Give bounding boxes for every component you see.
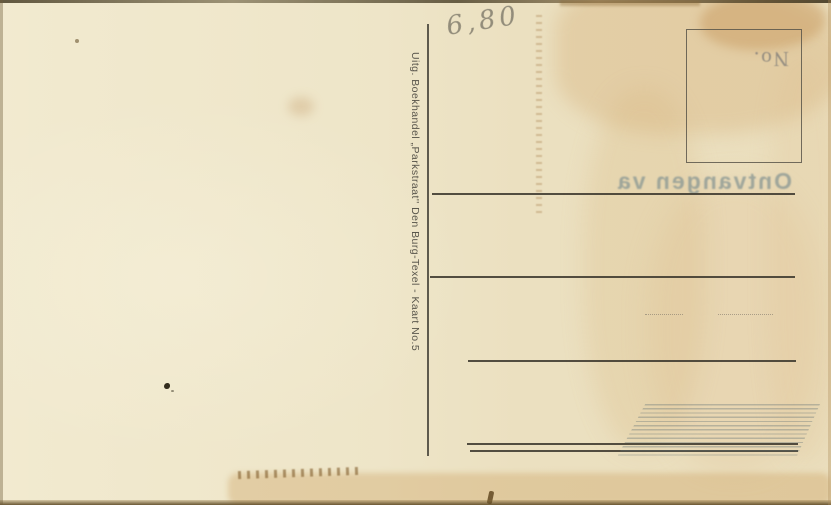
received-stamp-mirrored: Ontvangen va bbox=[552, 167, 792, 195]
card-edge-top-shadow bbox=[560, 0, 700, 6]
faint-dotted-line-left bbox=[645, 314, 683, 315]
stain-smudge bbox=[288, 97, 314, 116]
postcard-back: Uitg. Boekhandel „Parkstraat'' Den Burg-… bbox=[0, 0, 831, 505]
small-speck bbox=[75, 39, 79, 43]
price-note-handwritten: 6,80 bbox=[444, 0, 547, 42]
stain-boundary-speckle bbox=[536, 15, 542, 215]
publisher-imprint: Uitg. Boekhandel „Parkstraat'' Den Burg-… bbox=[409, 52, 421, 351]
card-edge-left bbox=[0, 0, 3, 505]
card-edge-top bbox=[0, 0, 831, 3]
ink-speck-tail bbox=[171, 390, 174, 392]
stamp-box: No. bbox=[686, 29, 802, 163]
stain-bottom-speckles bbox=[238, 467, 360, 479]
address-line-3 bbox=[468, 360, 796, 362]
card-edge-bottom bbox=[0, 500, 831, 505]
faint-dotted-line-right bbox=[718, 314, 773, 315]
hatch-bleed-mark bbox=[590, 404, 820, 456]
divider-line bbox=[427, 24, 429, 456]
address-line-1 bbox=[432, 193, 795, 195]
ink-speck bbox=[164, 383, 170, 389]
stamp-box-number-label: No. bbox=[752, 46, 789, 71]
address-line-2 bbox=[430, 276, 795, 278]
